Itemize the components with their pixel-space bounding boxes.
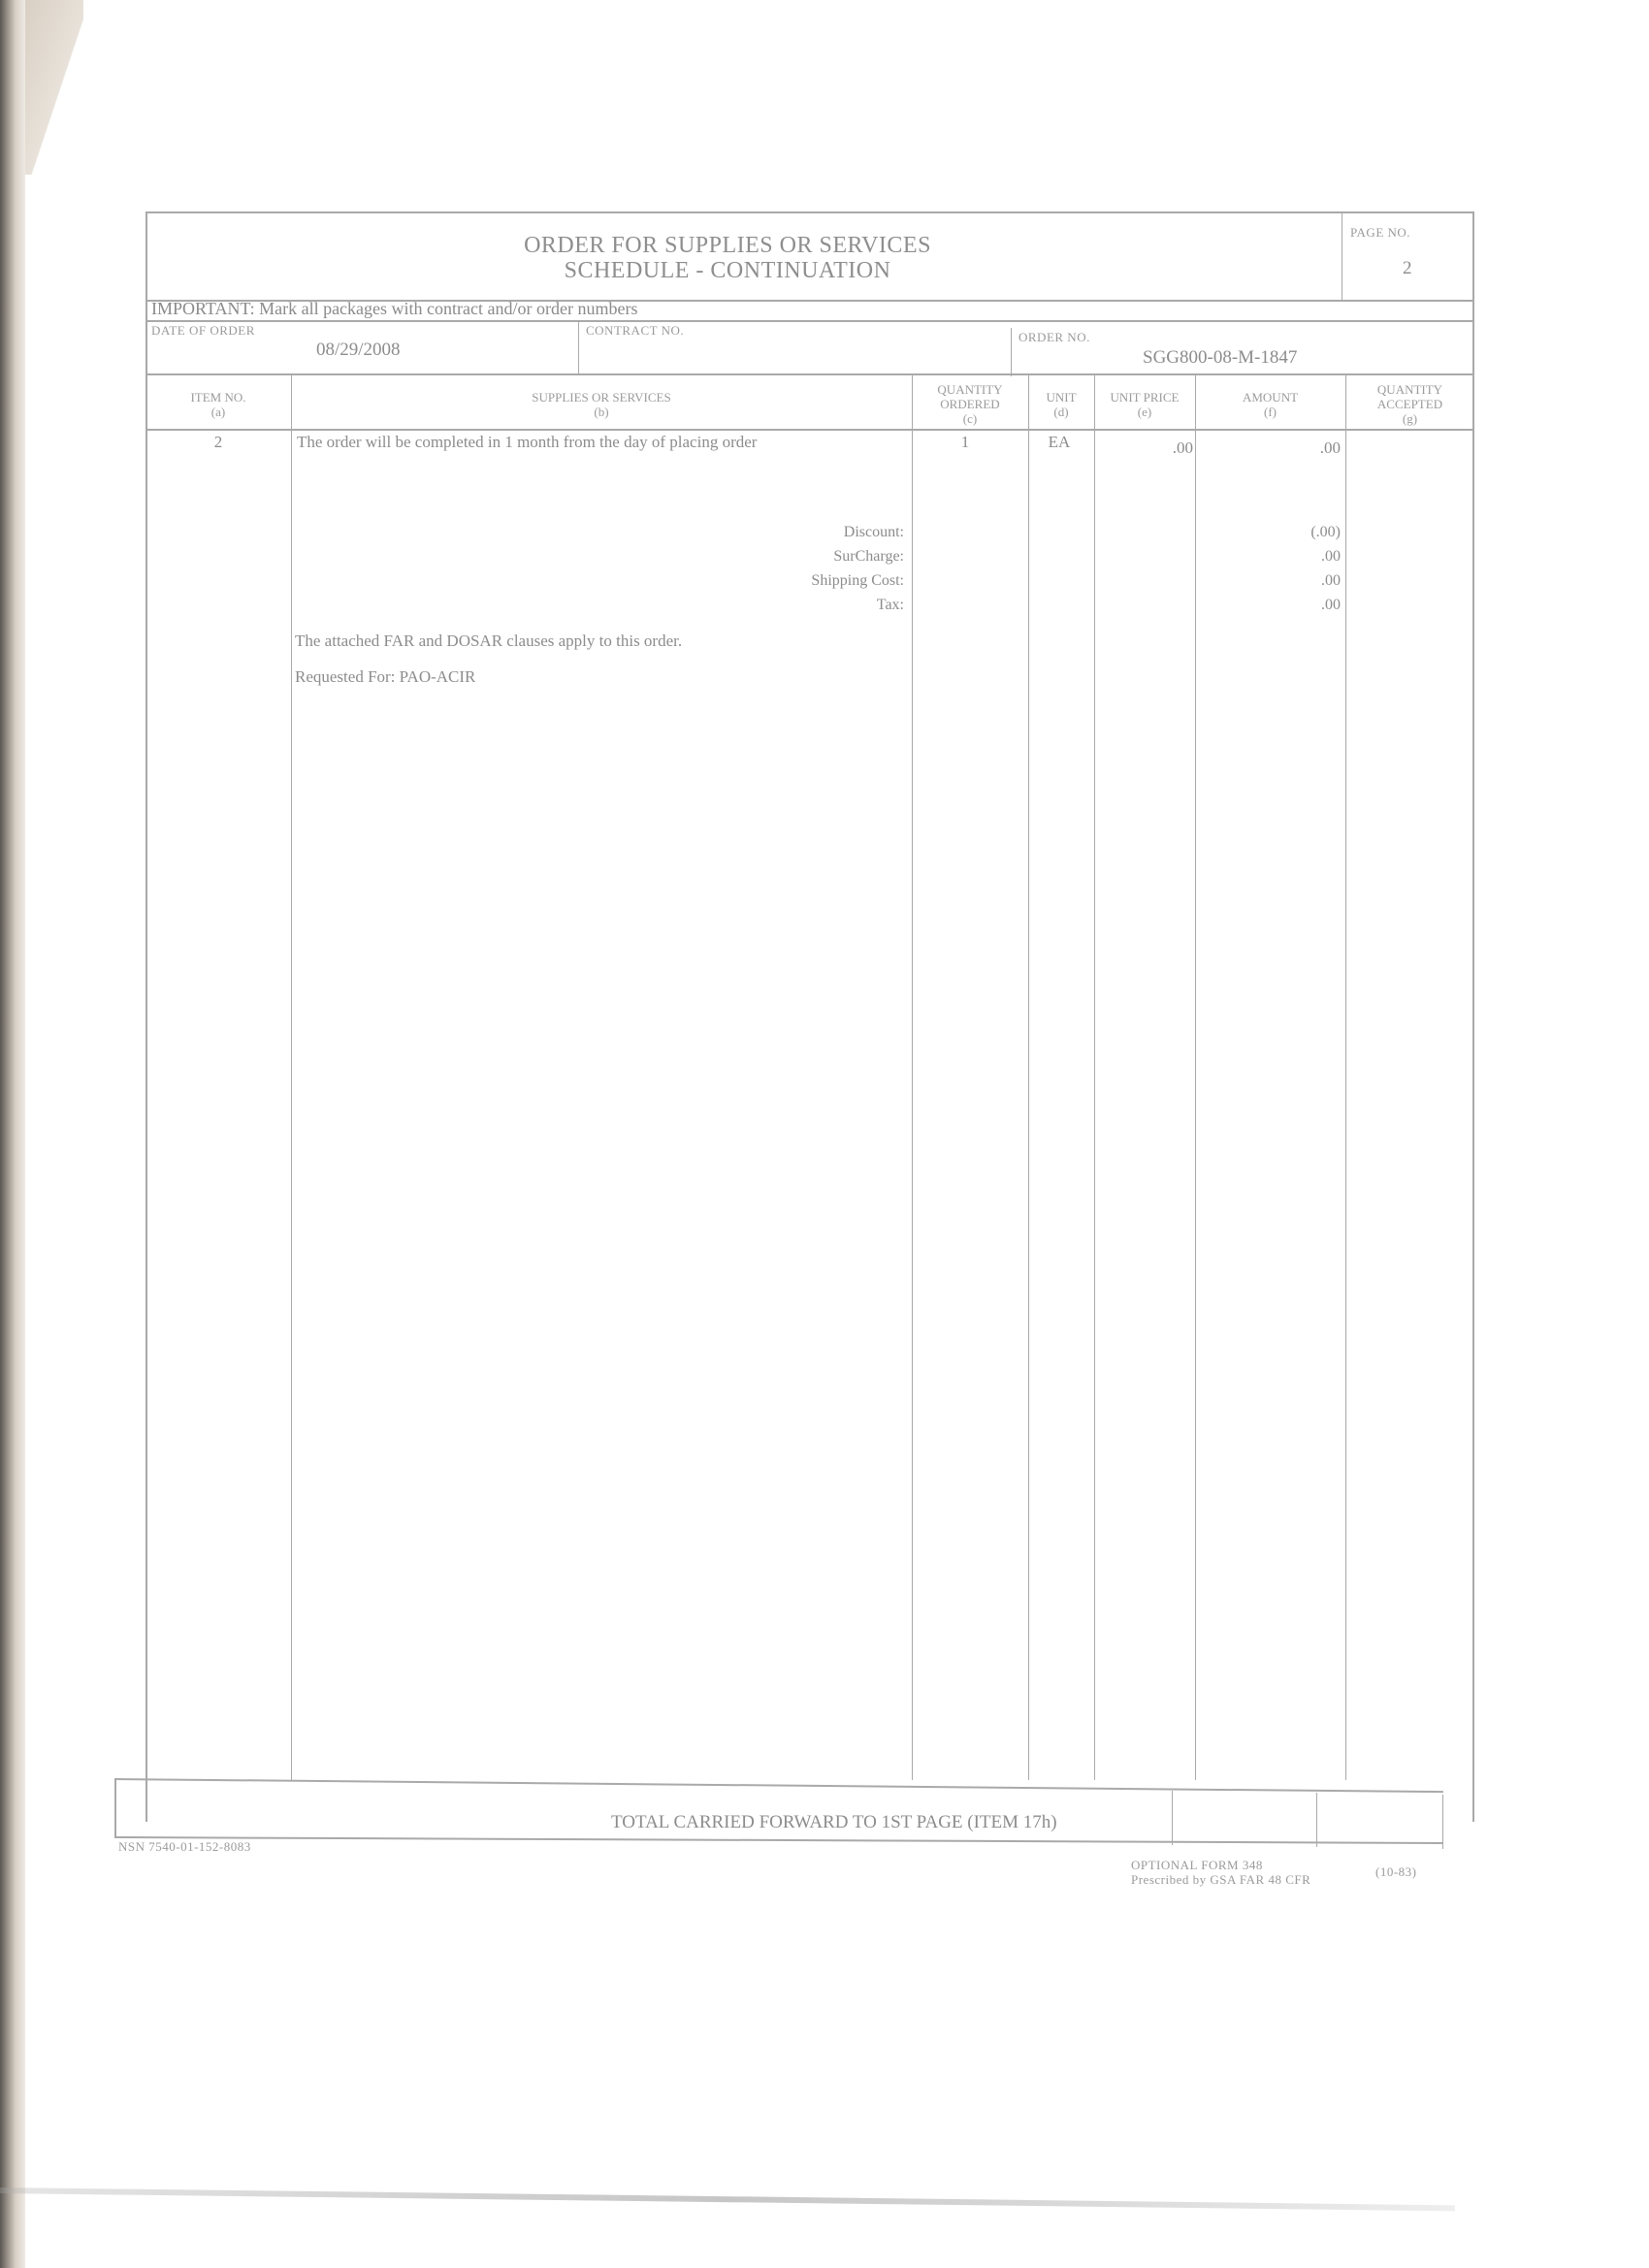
adjustment-amount: .00: [1203, 548, 1341, 566]
column-rule: [291, 374, 292, 1780]
form-title-line1: ORDER FOR SUPPLIES OR SERVICES: [388, 233, 1067, 258]
scan-artifact-line: [0, 2187, 1455, 2211]
scan-edge-shadow: [0, 0, 25, 2268]
adjustment-amount: .00: [1203, 597, 1341, 614]
scan-folded-corner: [25, 0, 83, 175]
item-no: 2: [145, 433, 291, 452]
important-note: IMPORTANT: Mark all packages with contra…: [151, 299, 637, 319]
adjustment-label: Tax:: [679, 597, 904, 614]
nsn-number: NSN 7540-01-152-8083: [118, 1839, 251, 1855]
date-of-order: 08/29/2008: [316, 340, 401, 361]
item-description: The order will be completed in 1 month f…: [297, 433, 757, 452]
column-rule: [1094, 374, 1095, 1780]
form-title-line2: SCHEDULE - CONTINUATION: [388, 258, 1067, 283]
page-no-label: PAGE NO.: [1350, 225, 1410, 241]
form-name: OPTIONAL FORM 348: [1131, 1858, 1263, 1873]
column-header-sub: (a): [145, 405, 291, 419]
adjustment-amount: .00: [1203, 572, 1341, 590]
column-header-sub: (f): [1195, 405, 1345, 419]
adjustment-label: SurCharge:: [679, 548, 904, 566]
column-header-supplies-or-services: SUPPLIES OR SERVICES(b): [291, 390, 912, 419]
column-header-label: UNIT: [1028, 390, 1094, 405]
column-header-label: ITEM NO.: [145, 390, 291, 405]
form-date: (10-83): [1375, 1864, 1417, 1880]
amount: .00: [1203, 438, 1341, 458]
column-header-label: QUANTITY ORDERED: [912, 382, 1028, 411]
column-header-quantity-ordered: QUANTITY ORDERED(c): [912, 382, 1028, 426]
column-header-sub: (d): [1028, 405, 1094, 419]
quantity-ordered: 1: [912, 433, 1018, 452]
column-header-item-no: ITEM NO.(a): [145, 390, 291, 419]
column-rule: [1028, 374, 1029, 1780]
order-no: SGG800-08-M-1847: [1143, 347, 1297, 369]
column-header-unit-price: UNIT PRICE(e): [1094, 390, 1195, 419]
unit-price: .00: [1096, 438, 1193, 458]
column-header-label: UNIT PRICE: [1094, 390, 1195, 405]
date-of-order-label: DATE OF ORDER: [151, 323, 255, 339]
column-rule: [1195, 374, 1196, 1780]
column-header-sub: (b): [291, 405, 912, 419]
column-header-label: SUPPLIES OR SERVICES: [291, 390, 912, 405]
adjustment-label: Shipping Cost:: [679, 572, 904, 590]
adjustment-amount: (.00): [1203, 524, 1341, 541]
column-header-label: AMOUNT: [1195, 390, 1345, 405]
column-header-sub: (c): [912, 411, 1028, 426]
column-header-label: QUANTITY ACCEPTED: [1345, 382, 1474, 411]
column-rule: [1345, 374, 1346, 1780]
column-header-quantity-accepted: QUANTITY ACCEPTED(g): [1345, 382, 1474, 426]
order-no-label: ORDER NO.: [1018, 330, 1090, 345]
column-header-unit: UNIT(d): [1028, 390, 1094, 419]
unit: EA: [1030, 433, 1088, 452]
requested-for-note: Requested For: PAO-ACIR: [295, 667, 475, 687]
column-header-amount: AMOUNT(f): [1195, 390, 1345, 419]
contract-no-label: CONTRACT NO.: [586, 323, 684, 339]
far-dosar-note: The attached FAR and DOSAR clauses apply…: [295, 632, 682, 651]
column-rule: [912, 374, 913, 1780]
column-header-sub: (e): [1094, 405, 1195, 419]
total-carried-forward-label: TOTAL CARRIED FORWARD TO 1ST PAGE (ITEM …: [611, 1812, 1057, 1833]
adjustment-label: Discount:: [679, 524, 904, 541]
form-prescribed-by: Prescribed by GSA FAR 48 CFR: [1131, 1872, 1310, 1888]
page-no: 2: [1403, 258, 1412, 279]
column-header-sub: (g): [1345, 411, 1474, 426]
form-title: ORDER FOR SUPPLIES OR SERVICES SCHEDULE …: [388, 233, 1067, 283]
